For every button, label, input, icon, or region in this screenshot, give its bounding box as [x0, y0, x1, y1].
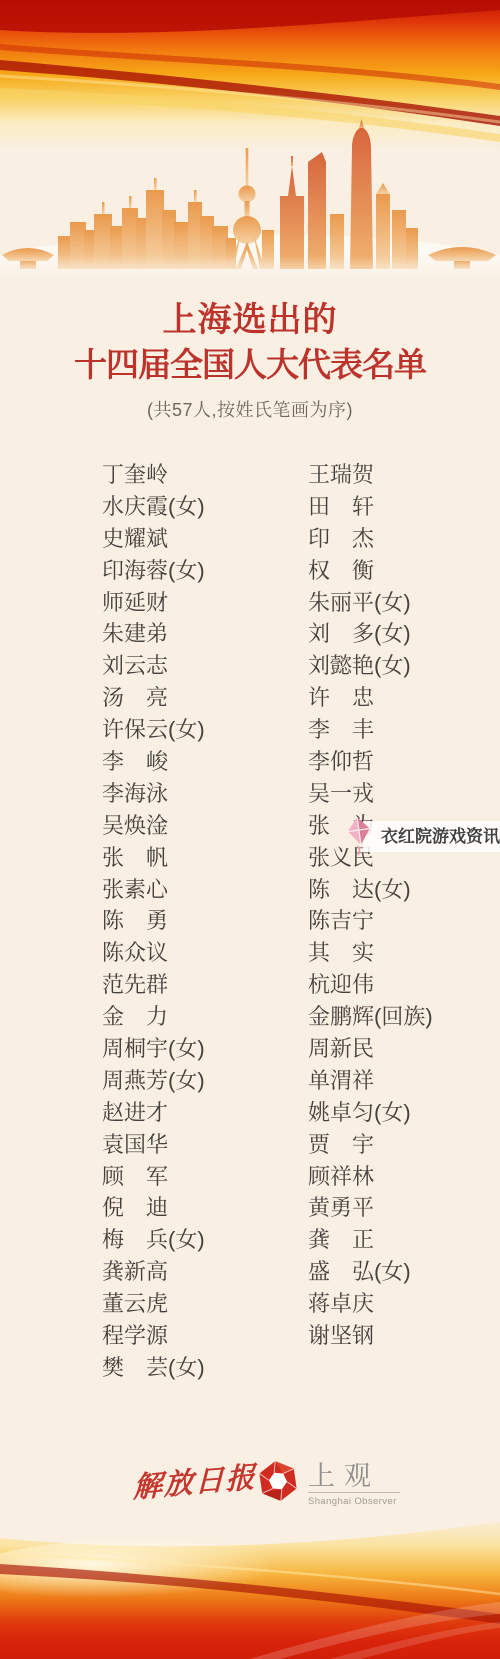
deputy-name: 师延财 — [102, 587, 205, 619]
watermark-overlay: 衣红院游戏资讯 — [363, 821, 500, 852]
jiefang-daily-logo: 解放日报 — [133, 1454, 257, 1506]
deputy-name: 权 衡 — [308, 555, 433, 587]
deputy-name: 朱丽平(女) — [308, 587, 433, 619]
deputy-name: 程学源 — [102, 1320, 205, 1352]
deputy-name: 张 帆 — [102, 842, 205, 874]
poster-subtitle: (共57人,按姓氏笔画为序) — [0, 396, 500, 422]
title-block: 上海选出的 十四届全国人大代表名单 (共57人,按姓氏笔画为序) — [0, 298, 500, 422]
deputy-name: 黄勇平 — [308, 1192, 433, 1224]
deputy-name: 梅 兵(女) — [102, 1224, 205, 1256]
deputy-name: 朱建弟 — [102, 618, 205, 650]
deputy-name: 陈 达(女) — [308, 874, 433, 906]
deputy-name: 汤 亮 — [102, 682, 205, 714]
deputy-name: 贾 宇 — [308, 1129, 433, 1161]
shanghai-observer-cn-label: 上观 — [308, 1454, 408, 1493]
watermark-text: 衣红院游戏资讯 — [381, 827, 500, 846]
deputy-name: 刘 多(女) — [308, 618, 433, 650]
deputy-name: 周新民 — [308, 1033, 433, 1065]
deputy-name: 王瑞贺 — [308, 459, 433, 491]
deputy-name: 陈众议 — [102, 937, 205, 969]
deputy-name: 印 杰 — [308, 523, 433, 555]
deputy-name: 赵进才 — [102, 1097, 205, 1129]
deputy-name: 陈吉宁 — [308, 905, 433, 937]
hexagon-aperture-icon — [256, 1458, 300, 1504]
deputy-name: 李 峻 — [102, 746, 205, 778]
shanghai-skyline-illustration — [0, 118, 500, 290]
deputy-name: 许保云(女) — [102, 714, 205, 746]
deputy-name: 谢坚钢 — [308, 1320, 433, 1352]
deputy-name: 丁奎岭 — [102, 459, 205, 491]
observer-divider-line — [308, 1492, 400, 1493]
deputy-name: 李仰哲 — [308, 746, 433, 778]
deputy-name: 杭迎伟 — [308, 969, 433, 1001]
deputy-name: 陈 勇 — [102, 905, 205, 937]
deputy-name: 龚新高 — [102, 1256, 205, 1288]
deputy-name: 姚卓匀(女) — [308, 1097, 433, 1129]
poster-title-line1: 上海选出的 — [0, 298, 500, 342]
shanghai-observer-en-label: Shanghai Observer — [308, 1496, 397, 1507]
deputy-name: 张素心 — [102, 874, 205, 906]
deputy-name: 盛 弘(女) — [308, 1256, 433, 1288]
deputy-name: 许 忠 — [308, 682, 433, 714]
deputy-name: 史耀斌 — [102, 523, 205, 555]
deputy-name: 其 实 — [308, 937, 433, 969]
deputy-name: 倪 迪 — [102, 1192, 205, 1224]
pink-kite-icon — [344, 815, 374, 857]
roster-column-left: 丁奎岭水庆霞(女)史耀斌印海蓉(女)师延财朱建弟刘云志汤 亮许保云(女)李 峻李… — [102, 459, 205, 1384]
deputy-name: 蒋卓庆 — [308, 1288, 433, 1320]
deputy-name: 水庆霞(女) — [102, 491, 205, 523]
deputy-name: 田 轩 — [308, 491, 433, 523]
deputy-name: 金 力 — [102, 1001, 205, 1033]
bottom-ribbon-decoration — [0, 1514, 500, 1659]
deputy-name: 周燕芳(女) — [102, 1065, 205, 1097]
deputy-name: 刘懿艳(女) — [308, 650, 433, 682]
deputy-name: 董云虎 — [102, 1288, 205, 1320]
deputy-name: 刘云志 — [102, 650, 205, 682]
roster-column-right: 王瑞贺田 轩印 杰权 衡朱丽平(女)刘 多(女)刘懿艳(女)许 忠李 丰李仰哲吴… — [308, 459, 433, 1352]
deputy-name: 李海泳 — [102, 778, 205, 810]
deputy-name: 李 丰 — [308, 714, 433, 746]
deputy-name: 印海蓉(女) — [102, 555, 205, 587]
deputy-name: 金鹏辉(回族) — [308, 1001, 433, 1033]
deputy-name: 周桐宇(女) — [102, 1033, 205, 1065]
deputy-name: 范先群 — [102, 969, 205, 1001]
deputy-name: 袁国华 — [102, 1129, 205, 1161]
deputy-name: 吴焕淦 — [102, 810, 205, 842]
poster: 上海选出的 十四届全国人大代表名单 (共57人,按姓氏笔画为序) 丁奎岭水庆霞(… — [0, 0, 500, 1659]
deputy-name: 吴一戎 — [308, 778, 433, 810]
deputy-name: 顾祥林 — [308, 1161, 433, 1193]
deputy-name: 樊 芸(女) — [102, 1352, 205, 1384]
poster-title-line2: 十四届全国人大代表名单 — [0, 342, 500, 388]
deputy-name: 顾 军 — [102, 1161, 205, 1193]
deputy-name: 单渭祥 — [308, 1065, 433, 1097]
deputy-name: 龚 正 — [308, 1224, 433, 1256]
footer-logos: 解放日报 上观 Shanghai Observer — [0, 1452, 500, 1512]
